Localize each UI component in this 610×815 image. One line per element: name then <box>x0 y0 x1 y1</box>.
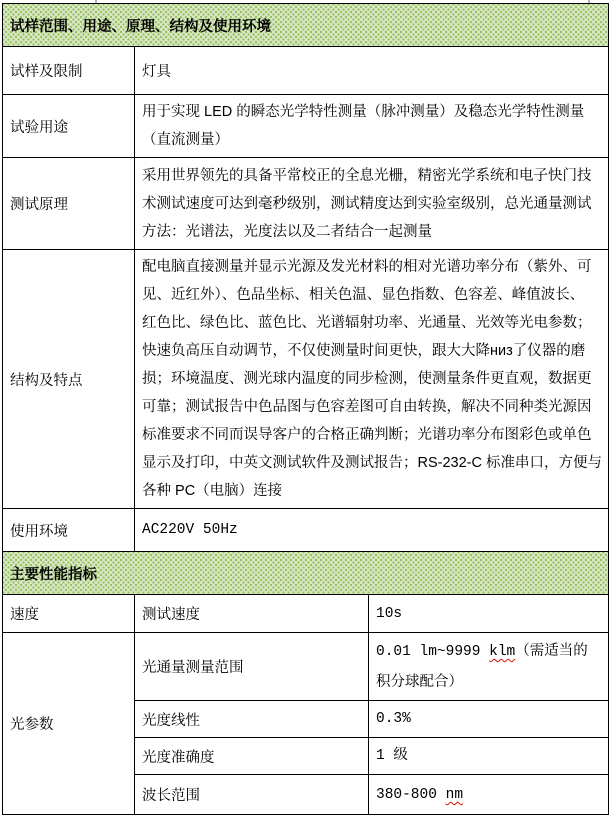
row-label-test-principle: 测试原理 <box>3 158 135 250</box>
group-label-optical-params: 光参数 <box>3 633 135 815</box>
row-value-test-purpose: 用于实现 LED 的瞬态光学特性测量（脉冲测量）及稳态光学特性测量 （直流测量） <box>135 95 609 158</box>
param-label-test-speed: 测试速度 <box>135 595 369 633</box>
param-label-wavelength: 波长范围 <box>135 775 369 815</box>
row-value-environment: AC220V 50Hz <box>135 509 609 552</box>
param-value-wavelength: 380-800 nm <box>369 775 609 815</box>
flux-range-unit-misspelled: klm <box>489 644 515 660</box>
row-value-sample-limit: 灯具 <box>135 47 609 95</box>
flux-range-number: 0.01 lm~9999 <box>376 644 489 660</box>
param-value-accuracy: 1 级 <box>369 738 609 775</box>
param-value-test-speed: 10s <box>369 595 609 633</box>
wavelength-number: 380-800 <box>376 787 446 803</box>
param-label-accuracy: 光度准确度 <box>135 738 369 775</box>
group-label-speed: 速度 <box>3 595 135 633</box>
section-header-sample-scope: 试样范围、用途、原理、结构及使用环境 <box>3 4 609 47</box>
param-value-linearity: 0.3% <box>369 701 609 738</box>
wavelength-unit-misspelled: nm <box>446 787 463 803</box>
param-label-flux-range: 光通量测量范围 <box>135 633 369 701</box>
param-label-linearity: 光度线性 <box>135 701 369 738</box>
row-value-structure: 配电脑直接测量并显示光源及发光材料的相对光谱功率分布（紫外、可 见、近红外）、色… <box>135 250 609 509</box>
row-label-environment: 使用环境 <box>3 509 135 552</box>
section-header-performance: 主要性能指标 <box>3 552 609 595</box>
spec-table: 试样范围、用途、原理、结构及使用环境 试样及限制 灯具 试验用途 用于实现 LE… <box>2 3 609 815</box>
row-value-test-principle: 采用世界领先的具备平常校正的全息光栅，精密光学系统和电子快门技 术测试速度可达到… <box>135 158 609 250</box>
document-page: 试样范围、用途、原理、结构及使用环境 试样及限制 灯具 试验用途 用于实现 LE… <box>0 0 610 802</box>
row-label-test-purpose: 试验用途 <box>3 95 135 158</box>
row-label-structure: 结构及特点 <box>3 250 135 509</box>
param-value-flux-range: 0.01 lm~9999 klm（需适当的积分球配合） <box>369 633 609 701</box>
row-label-sample-limit: 试样及限制 <box>3 47 135 95</box>
